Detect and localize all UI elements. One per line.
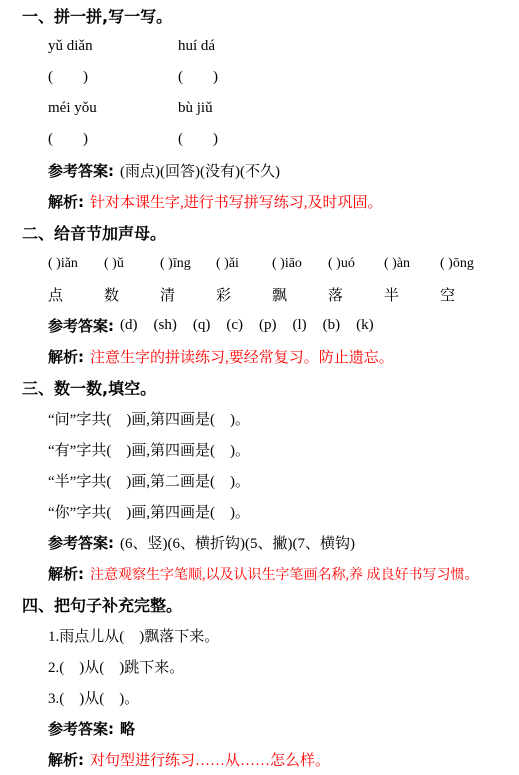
section-1: 一、拼一拼,写一写。 yǔ diǎn huí dá ( ) ( ) méi yǒ… bbox=[0, 0, 519, 217]
syllable-row: ( )iǎn ( )ǔ ( )īng ( )ǎi ( )iāo ( )uó ( … bbox=[0, 248, 519, 279]
pinyin-mei-you: méi yǒu bbox=[48, 100, 178, 117]
initial-answer: (l) bbox=[292, 317, 306, 334]
section-1-analysis: 解析: 针对本课生字,进行书写拼写练习,及时巩固。 bbox=[0, 186, 519, 217]
pinyin-yu-dian: yǔ diǎn bbox=[48, 38, 178, 55]
sentence-item: 2.( )从( )跳下来。 bbox=[0, 651, 519, 682]
analysis-text: 注意生字的拼读练习,要经常复习。防止遗忘。 bbox=[90, 346, 394, 367]
answer-label: 参考答案: bbox=[48, 315, 114, 336]
pinyin-hui-da: huí dá bbox=[178, 38, 215, 55]
answer-text: (雨点)(回答)(没有)(不久) bbox=[120, 160, 280, 181]
answer-label: 参考答案: bbox=[48, 160, 114, 181]
section-2-answer: 参考答案: (d) (sh) (q) (c) (p) (l) (b) (k) bbox=[0, 310, 519, 341]
pinyin-bu-jiu: bù jiǔ bbox=[178, 100, 213, 117]
character-row: 点 数 清 彩 飘 落 半 空 bbox=[0, 279, 519, 310]
stroke-item: “问”字共( )画,第四画是( )。 bbox=[0, 403, 519, 434]
syllable: ( )uó bbox=[328, 256, 384, 272]
stroke-item: “半”字共( )画,第二画是( )。 bbox=[0, 465, 519, 496]
initial-answer: (q) bbox=[193, 317, 211, 334]
section-4-analysis: 解析: 对句型进行练习……从……怎么样。 bbox=[0, 744, 519, 775]
syllable: ( )ǎi bbox=[216, 256, 272, 272]
section-2: 二、给音节加声母。 ( )iǎn ( )ǔ ( )īng ( )ǎi ( )iā… bbox=[0, 217, 519, 372]
section-4-answer: 参考答案: 略 bbox=[0, 713, 519, 744]
section-3-answer: 参考答案: (6、竖)(6、横折钩)(5、撇)(7、横钩) bbox=[0, 527, 519, 558]
answer-blank: ( ) bbox=[48, 69, 178, 86]
hanzi: 半 bbox=[384, 284, 440, 305]
hanzi: 空 bbox=[440, 284, 496, 305]
answer-blank: ( ) bbox=[178, 69, 218, 86]
section-3-title: 三、数一数,填空。 bbox=[0, 372, 519, 403]
initial-answer: (c) bbox=[226, 317, 243, 334]
section-2-title: 二、给音节加声母。 bbox=[0, 217, 519, 248]
section-4: 四、把句子补充完整。 1.雨点儿从( )飘落下来。 2.( )从( )跳下来。 … bbox=[0, 589, 519, 775]
analysis-label: 解析: bbox=[48, 346, 84, 367]
syllable: ( )iāo bbox=[272, 256, 328, 272]
section-1-title: 一、拼一拼,写一写。 bbox=[0, 0, 519, 31]
blank-row-1: ( ) ( ) bbox=[0, 62, 519, 93]
hanzi: 点 bbox=[48, 284, 104, 305]
initial-answer: (sh) bbox=[154, 317, 177, 334]
syllable: ( )īng bbox=[160, 256, 216, 272]
section-1-answer: 参考答案: (雨点)(回答)(没有)(不久) bbox=[0, 155, 519, 186]
worksheet-page: 一、拼一拼,写一写。 yǔ diǎn huí dá ( ) ( ) méi yǒ… bbox=[0, 0, 519, 775]
answer-blank: ( ) bbox=[48, 131, 178, 148]
analysis-label: 解析: bbox=[48, 191, 84, 212]
answer-text: (6、竖)(6、横折钩)(5、撇)(7、横钩) bbox=[120, 532, 355, 553]
syllable: ( )ǔ bbox=[104, 256, 160, 272]
analysis-label: 解析: bbox=[48, 749, 84, 770]
initial-answer: (b) bbox=[323, 317, 341, 334]
answer-label: 参考答案: bbox=[48, 718, 114, 739]
section-3: 三、数一数,填空。 “问”字共( )画,第四画是( )。 “有”字共( )画,第… bbox=[0, 372, 519, 589]
syllable: ( )ōng bbox=[440, 256, 496, 272]
initial-answer: (d) bbox=[120, 317, 138, 334]
answer-text: 略 bbox=[120, 718, 135, 739]
syllable: ( )àn bbox=[384, 256, 440, 272]
syllable: ( )iǎn bbox=[48, 256, 104, 272]
section-3-analysis: 解析: 注意观察生字笔顺,以及认识生字笔画名称,养 成良好书写习惯。 bbox=[0, 558, 519, 589]
analysis-text: 对句型进行练习……从……怎么样。 bbox=[90, 749, 330, 770]
answer-label: 参考答案: bbox=[48, 532, 114, 553]
analysis-text: 针对本课生字,进行书写拼写练习,及时巩固。 bbox=[90, 191, 383, 212]
hanzi: 落 bbox=[328, 284, 384, 305]
initial-answer: (p) bbox=[259, 317, 277, 334]
hanzi: 飘 bbox=[272, 284, 328, 305]
pinyin-row-1: yǔ diǎn huí dá bbox=[0, 31, 519, 62]
analysis-label: 解析: bbox=[48, 563, 84, 584]
section-4-title: 四、把句子补充完整。 bbox=[0, 589, 519, 620]
hanzi: 数 bbox=[104, 284, 160, 305]
sentence-item: 1.雨点儿从( )飘落下来。 bbox=[0, 620, 519, 651]
stroke-item: “你”字共( )画,第四画是( )。 bbox=[0, 496, 519, 527]
blank-row-2: ( ) ( ) bbox=[0, 124, 519, 155]
initial-answer: (k) bbox=[356, 317, 374, 334]
hanzi: 彩 bbox=[216, 284, 272, 305]
analysis-text: 注意观察生字笔顺,以及认识生字笔画名称,养 成良好书写习惯。 bbox=[90, 564, 479, 584]
sentence-item: 3.( )从( )。 bbox=[0, 682, 519, 713]
hanzi: 清 bbox=[160, 284, 216, 305]
section-2-analysis: 解析: 注意生字的拼读练习,要经常复习。防止遗忘。 bbox=[0, 341, 519, 372]
answer-blank: ( ) bbox=[178, 131, 218, 148]
stroke-item: “有”字共( )画,第四画是( )。 bbox=[0, 434, 519, 465]
pinyin-row-2: méi yǒu bù jiǔ bbox=[0, 93, 519, 124]
